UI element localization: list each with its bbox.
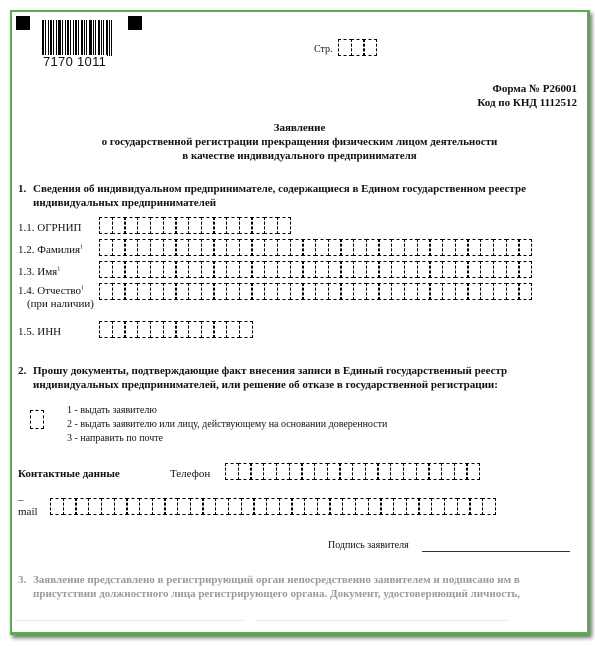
section2-heading-2: индивидуальных предпринимателей, или реш… [33, 379, 498, 391]
barcode-icon [42, 20, 120, 56]
phone-field[interactable] [225, 463, 479, 480]
inn-label: 1.5. ИНН [18, 326, 61, 338]
input-cell[interactable] [277, 217, 291, 234]
input-cell[interactable] [518, 239, 532, 256]
name-label: 1.3. Имя1 [18, 266, 60, 278]
section1-heading-2: индивидуальных предпринимателей [33, 197, 216, 209]
corner-marker-left [16, 16, 30, 30]
input-cell[interactable] [466, 463, 480, 480]
patronymic-note: (при наличии) [27, 298, 94, 310]
input-cell[interactable] [518, 261, 532, 278]
document-line [15, 620, 243, 621]
option-3: 3 - направить по почте [67, 433, 163, 444]
email-label: mail [18, 506, 38, 518]
inn-field[interactable] [99, 321, 251, 338]
form-number: Форма № Р26001 [492, 83, 577, 95]
page-label: Стр. [314, 44, 333, 55]
section1-heading-1: Сведения об индивидуальном предпринимате… [33, 183, 526, 195]
input-cell[interactable] [518, 283, 532, 300]
signature-line[interactable] [422, 551, 570, 552]
barcode-number: 7170 1011 [42, 55, 107, 69]
surname-field[interactable] [99, 239, 531, 256]
section2-number: 2. [18, 365, 26, 377]
section2-heading-1: Прошу документы, подтверждающие факт вне… [33, 365, 507, 377]
email-label-dash: – [18, 494, 24, 506]
input-cell[interactable] [363, 39, 377, 56]
patronymic-field[interactable] [99, 283, 531, 300]
input-cell[interactable] [239, 321, 253, 338]
ogrnip-label: 1.1. ОГРНИП [18, 222, 82, 234]
section1-number: 1. [18, 183, 26, 195]
ogrnip-field[interactable] [99, 217, 290, 234]
surname-label: 1.2. Фамилия1 [18, 244, 83, 256]
phone-label: Телефон [170, 468, 210, 480]
doc-subtitle-1: о государственной регистрации прекращени… [12, 136, 587, 148]
delivery-option-field[interactable] [30, 410, 43, 429]
corner-marker-right [128, 16, 142, 30]
email-field[interactable] [50, 498, 495, 515]
name-field[interactable] [99, 261, 531, 278]
section3-text-2: присутствии должностного лица регистриру… [33, 588, 520, 600]
page-number-cells[interactable] [338, 39, 376, 56]
official-line [255, 620, 507, 621]
section3-number: 3. [18, 574, 26, 586]
section3-text-1: Заявление представлено в регистрирующий … [33, 574, 520, 586]
input-cell[interactable] [482, 498, 496, 515]
contacts-title: Контактные данные [18, 468, 120, 480]
form-page: 7170 1011 Стр. Форма № Р26001 Код по КНД… [10, 10, 590, 635]
doc-title: Заявление [12, 122, 587, 134]
knd-code: Код по КНД 1112512 [477, 97, 577, 109]
patronymic-label: 1.4. Отчество1 [18, 285, 84, 297]
doc-subtitle-2: в качестве индивидуального предпринимате… [12, 150, 587, 162]
signature-label: Подпись заявителя [328, 540, 409, 551]
option-2: 2 - выдать заявителю или лицу, действующ… [67, 419, 387, 430]
option-1: 1 - выдать заявителю [67, 405, 157, 416]
